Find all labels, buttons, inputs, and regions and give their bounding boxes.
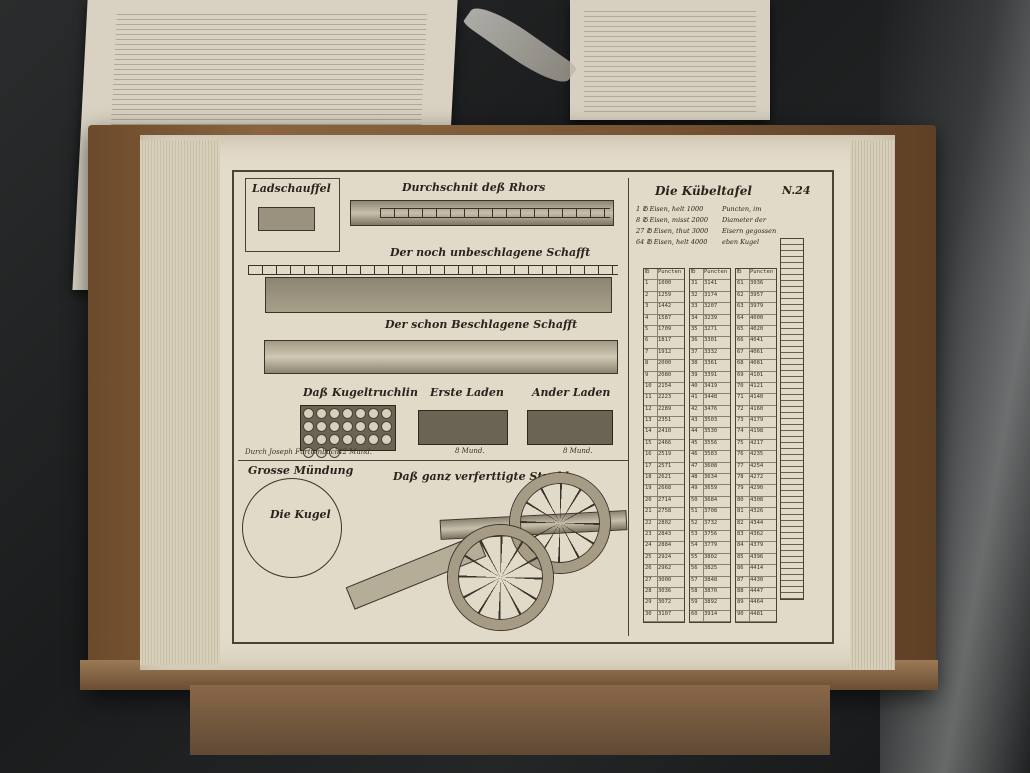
table-row: 443530 [690, 428, 730, 439]
table-row: 874430 [736, 577, 776, 588]
table-row: 142410 [644, 428, 684, 439]
table-row: 172571 [644, 463, 684, 474]
table-row: 182621 [644, 474, 684, 485]
table-row: 533756 [690, 531, 730, 542]
table-row: 71912 [644, 349, 684, 360]
table-row: 904481 [736, 611, 776, 622]
table-row: 102154 [644, 383, 684, 394]
table-row: 61817 [644, 337, 684, 348]
table-row: 684081 [736, 360, 776, 371]
table-row: 383361 [690, 360, 730, 371]
ball-chest-label: 42 Mund. [338, 448, 372, 456]
table-row: 644000 [736, 315, 776, 326]
engraver-credit: Durch Joseph Furttenbach [245, 448, 339, 456]
table-row: 162519 [644, 451, 684, 462]
bound-stock [264, 340, 618, 374]
table-row: 463583 [690, 451, 730, 462]
table-column-2: ℔Puncten31314132317433320734323935327136… [689, 268, 731, 623]
page-edges-left [140, 140, 220, 665]
table-row: 252924 [644, 554, 684, 565]
stand-base [190, 685, 830, 755]
table-row: 262962 [644, 565, 684, 576]
table-row: 854396 [736, 554, 776, 565]
table-row: 403419 [690, 383, 730, 394]
table-row: 433503 [690, 417, 730, 428]
page-edges-right [850, 140, 895, 670]
table-row: 834362 [736, 531, 776, 542]
table-row: 784272 [736, 474, 776, 485]
kugeltruchlin-title: Daß Kugeltruchlin [303, 386, 418, 399]
plate-divider [238, 460, 628, 461]
beschlagene-schafft-title: Der schon Beschlagene Schafft [385, 318, 577, 331]
erste-laden-title: Erste Laden [430, 386, 504, 399]
durchschnitt-title: Durchschnit deß Rhors [402, 181, 545, 194]
table-row: 192668 [644, 485, 684, 496]
table-row: 112223 [644, 394, 684, 405]
table-row: 413448 [690, 394, 730, 405]
table-row: 603914 [690, 611, 730, 622]
table-row: 11000 [644, 280, 684, 291]
table-row: 623957 [736, 292, 776, 303]
muzzle-title: Grosse Mündung [248, 464, 353, 477]
weight-legend: 1 ℔ Eisen, helt 1000 8 ℔ Eisen, misst 20… [636, 204, 708, 248]
table-row: 563825 [690, 565, 730, 576]
table-row: 884447 [736, 588, 776, 599]
ball-diameter-scale [780, 238, 804, 600]
table-row: 804308 [736, 497, 776, 508]
table-row: 212758 [644, 508, 684, 519]
table-row: 593892 [690, 599, 730, 610]
table-row: 734179 [736, 417, 776, 428]
table-row: 222802 [644, 520, 684, 531]
table-column-3: ℔Puncten61393662395763397964400065402066… [735, 268, 777, 623]
first-case-tools [418, 410, 508, 445]
table-row: 483634 [690, 474, 730, 485]
table-row: 664041 [736, 337, 776, 348]
table-row: 423476 [690, 406, 730, 417]
kugel-label: Die Kugel [270, 508, 331, 521]
table-row: 864414 [736, 565, 776, 576]
barrel-scale [380, 208, 610, 218]
front-wheel [448, 525, 553, 630]
table-row: 293072 [644, 599, 684, 610]
ladschauffel-title: Ladschauffel [252, 182, 331, 195]
table-row: 303107 [644, 611, 684, 622]
table-row: 363301 [690, 337, 730, 348]
table-row: 523732 [690, 520, 730, 531]
table-row: 583870 [690, 588, 730, 599]
plate-number: N.24 [782, 184, 811, 197]
table-row: 764235 [736, 451, 776, 462]
table-row: 513708 [690, 508, 730, 519]
second-case [527, 410, 613, 445]
table-row: 373332 [690, 349, 730, 360]
table-row: 774254 [736, 463, 776, 474]
table-row: 674061 [736, 349, 776, 360]
table-row: 694101 [736, 372, 776, 383]
table-row: 473608 [690, 463, 730, 474]
table-row: 313141 [690, 280, 730, 291]
table-row: 82000 [644, 360, 684, 371]
table-row: 343239 [690, 315, 730, 326]
table-row: 493659 [690, 485, 730, 496]
table-row: 794290 [736, 485, 776, 496]
first-case-label: 8 Mund. [455, 447, 485, 455]
table-row: 21259 [644, 292, 684, 303]
table-row: 894464 [736, 599, 776, 610]
table-row: 41587 [644, 315, 684, 326]
table-row: 202714 [644, 497, 684, 508]
background-open-book-right [570, 0, 770, 120]
table-row: 714140 [736, 394, 776, 405]
table-row: 393391 [690, 372, 730, 383]
table-row: 724160 [736, 406, 776, 417]
table-row: 503684 [690, 497, 730, 508]
table-column-1: ℔Puncten11000212593144241587517096181771… [643, 268, 685, 623]
plate-center-divider [628, 178, 629, 636]
table-row: 754217 [736, 440, 776, 451]
weight-legend-note: Puncten, im Diameter der Eisern gegossen… [722, 204, 776, 248]
stock-scale [248, 265, 618, 275]
table-row: 232843 [644, 531, 684, 542]
table-row: 122289 [644, 406, 684, 417]
table-row: 152466 [644, 440, 684, 451]
ladle-drawing [258, 207, 315, 231]
second-case-label: 8 Mund. [563, 447, 593, 455]
table-row: 242884 [644, 542, 684, 553]
table-row: 814326 [736, 508, 776, 519]
table-row: 844379 [736, 542, 776, 553]
table-row: 51709 [644, 326, 684, 337]
table-row: 613936 [736, 280, 776, 291]
table-row: 573848 [690, 577, 730, 588]
table-row: 283036 [644, 588, 684, 599]
table-row: 453556 [690, 440, 730, 451]
unbeschlagene-schafft-title: Der noch unbeschlagene Schafft [390, 246, 590, 259]
table-row: 273000 [644, 577, 684, 588]
table-row: 31442 [644, 303, 684, 314]
unbound-stock [265, 277, 612, 313]
table-row: 824344 [736, 520, 776, 531]
table-row: 633979 [736, 303, 776, 314]
table-header: ℔Puncten [736, 269, 776, 280]
table-header: ℔Puncten [690, 269, 730, 280]
table-row: 744198 [736, 428, 776, 439]
table-row: 654020 [736, 326, 776, 337]
table-row: 353271 [690, 326, 730, 337]
table-row: 543779 [690, 542, 730, 553]
table-header: ℔Puncten [644, 269, 684, 280]
kubeltafel-title: Die Kübeltafel [655, 184, 752, 198]
muzzle-circle [242, 478, 342, 578]
table-row: 704121 [736, 383, 776, 394]
table-row: 132351 [644, 417, 684, 428]
ander-laden-title: Ander Laden [532, 386, 610, 399]
table-row: 323174 [690, 292, 730, 303]
ball-chest [300, 405, 396, 451]
table-row: 92080 [644, 372, 684, 383]
table-row: 333207 [690, 303, 730, 314]
table-row: 553802 [690, 554, 730, 565]
